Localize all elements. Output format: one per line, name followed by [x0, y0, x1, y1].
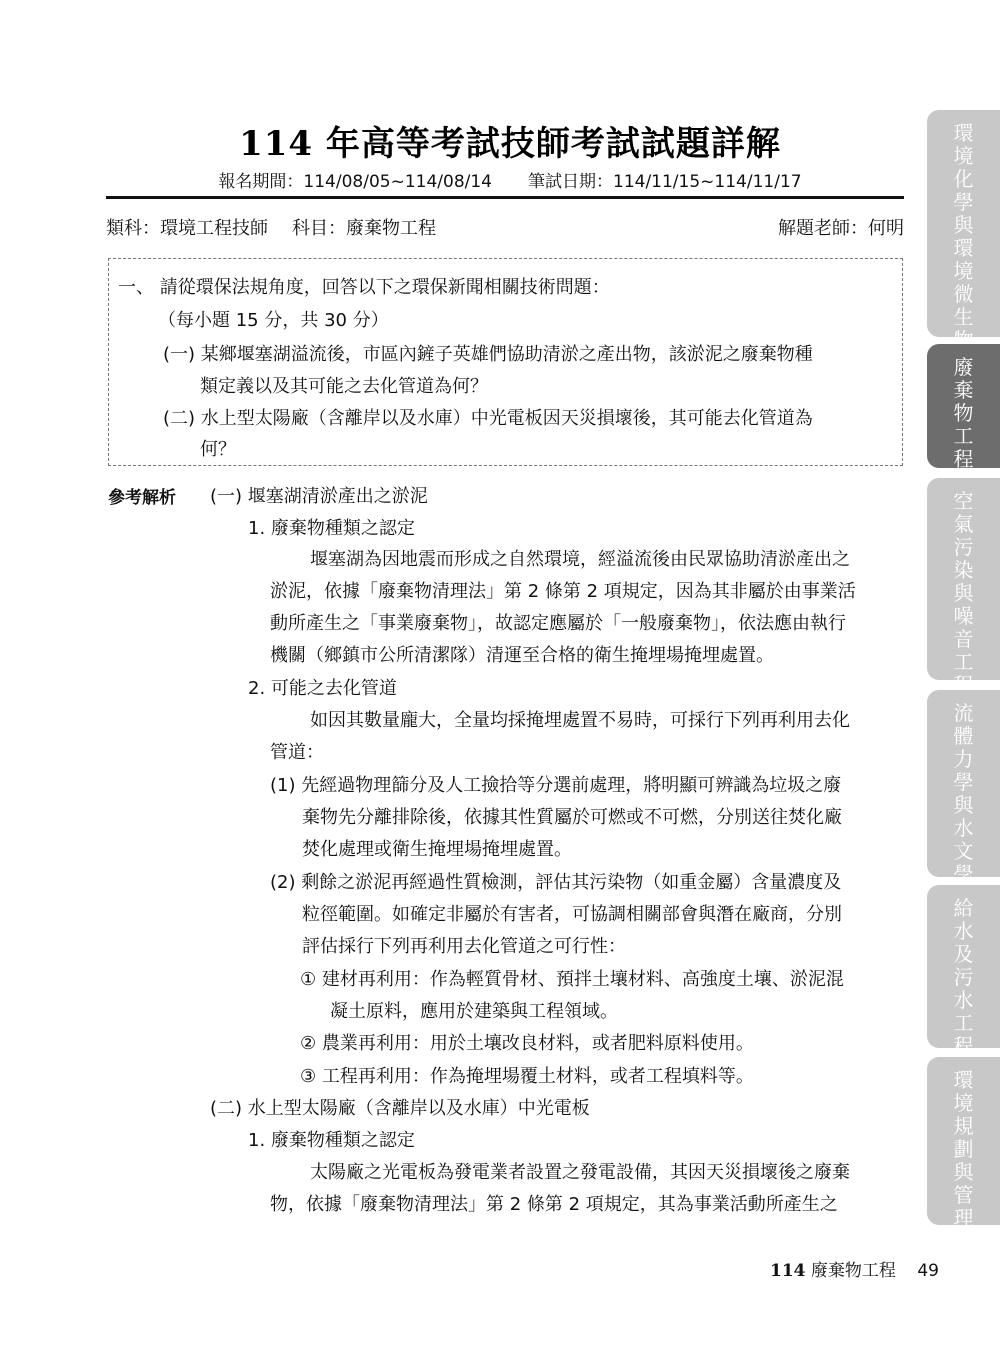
answer-line: 物，依據「廢棄物清理法」第 2 條第 2 項規定，其為事業活動所產生之 — [270, 1190, 838, 1216]
side-tab-water-supply[interactable]: 給水及污水工程 — [927, 885, 1000, 1048]
answer-line: 1. 廢棄物種類之認定 — [248, 1126, 415, 1152]
answer-line: (1) 先經過物理篩分及人工撿拾等分選前處理，將明顯可辨識為垃圾之廢 — [270, 771, 841, 797]
subject: 科目：廢棄物工程 — [292, 218, 436, 239]
answer-line: ① 建材再利用：作為輕質骨材、預拌土壤材料、高強度土壤、淤泥混 — [300, 965, 844, 991]
question-line: (二) 水上型太陽廠（含離岸以及水庫）中光電板因天災損壞後，其可能去化管道為 — [163, 404, 813, 430]
tab-label: 流體力學與水文學 — [954, 702, 974, 886]
teacher: 解題老師：何明 — [778, 214, 904, 240]
exam-meta: 類科：環境工程技師科目：廢棄物工程 解題老師：何明 — [106, 214, 904, 240]
answer-line: 淤泥，依據「廢棄物清理法」第 2 條第 2 項規定，因為其非屬於由事業活 — [270, 577, 856, 603]
page-number: 49 — [917, 1261, 939, 1281]
answer-label: 參考解析 — [108, 483, 176, 508]
answer-line: 評估採行下列再利用去化管道之可行性： — [302, 932, 626, 958]
tab-label: 空氣污染與噪音工程 — [954, 490, 974, 697]
answer-line: 2. 可能之去化管道 — [248, 674, 397, 700]
side-tab-env-planning[interactable]: 環境規劃與管理 — [927, 1057, 1000, 1225]
answer-line: 棄物先分離排除後，依據其性質屬於可燃或不可燃，分別送往焚化廠 — [302, 803, 842, 829]
answer-line: 凝土原料，應用於建築與工程領域。 — [330, 997, 618, 1023]
footer-year: 114 — [770, 1261, 806, 1281]
answer-line: ③ 工程再利用：作為掩埋場覆土材料，或者工程填料等。 — [300, 1062, 754, 1088]
answer-line: 管道： — [270, 738, 324, 764]
question-line: （每小題 15 分，共 30 分） — [158, 306, 389, 332]
answer-line: (二) 水上型太陽廠（含離岸以及水庫）中光電板 — [210, 1094, 590, 1120]
written-exam-date: 筆試日期：114/11/15~114/11/17 — [528, 172, 802, 192]
side-tab-waste-engineering[interactable]: 廢棄物工程 — [927, 344, 1000, 468]
tab-label: 環境化學與環境微生物 — [954, 122, 974, 352]
answer-line: 堰塞湖為因地震而形成之自然環境，經溢流後由民眾協助清淤產出之 — [310, 545, 850, 571]
side-tab-fluid-mechanics[interactable]: 流體力學與水文學 — [927, 690, 1000, 877]
answer-line: 太陽廠之光電板為發電業者設置之發電設備，其因天災損壞後之廢棄 — [310, 1158, 850, 1184]
answer-line: ② 農業再利用：用於土壤改良材料，或者肥料原料使用。 — [300, 1029, 754, 1055]
question-line: (一) 某鄉堰塞湖溢流後，市區內鏟子英雄們協助清淤之產出物，該淤泥之廢棄物種 — [163, 340, 813, 366]
header-divider — [106, 196, 904, 199]
page-title: 114 年高等考試技師考試試題詳解 — [100, 116, 920, 165]
footer-subject: 廢棄物工程 — [811, 1261, 896, 1281]
exam-dates: 報名期間：114/08/05~114/08/14筆試日期：114/11/15~1… — [100, 167, 920, 192]
question-line: 何？ — [200, 435, 236, 461]
answer-line: 如因其數量龐大，全量均採掩埋處置不易時，可採行下列再利用去化 — [310, 706, 850, 732]
answer-line: 動所產生之「事業廢棄物」，故認定應屬於「一般廢棄物」，依法應由執行 — [270, 609, 846, 635]
answer-line: (2) 剩餘之淤泥再經過性質檢測，評估其污染物（如重金屬）含量濃度及 — [270, 868, 841, 894]
category: 類科：環境工程技師 — [106, 218, 268, 239]
answer-line: 機關（鄉鎮市公所清潔隊）清運至合格的衛生掩埋場掩埋處置。 — [270, 641, 774, 667]
answer-line: (一) 堰塞湖清淤產出之淤泥 — [210, 482, 428, 508]
question-line: 一、 請從環保法規角度，回答以下之環保新聞相關技術問題： — [118, 273, 610, 299]
tab-label: 環境規劃與管理 — [954, 1069, 974, 1230]
question-line: 類定義以及其可能之去化管道為何？ — [200, 372, 488, 398]
tab-label: 廢棄物工程 — [954, 356, 974, 471]
answer-line: 1. 廢棄物種類之認定 — [248, 514, 415, 540]
side-tab-env-chemistry[interactable]: 環境化學與環境微生物 — [927, 110, 1000, 337]
tab-label: 給水及污水工程 — [954, 897, 974, 1058]
registration-period: 報名期間：114/08/05~114/08/14 — [218, 172, 492, 192]
page-footer: 114 廢棄物工程 49 — [770, 1256, 939, 1281]
side-tab-air-pollution[interactable]: 空氣污染與噪音工程 — [927, 478, 1000, 680]
answer-line: 粒徑範圍。如確定非屬於有害者，可協調相關部會與潛在廠商，分別 — [302, 900, 842, 926]
answer-line: 焚化處理或衛生掩埋場掩埋處置。 — [302, 835, 572, 861]
